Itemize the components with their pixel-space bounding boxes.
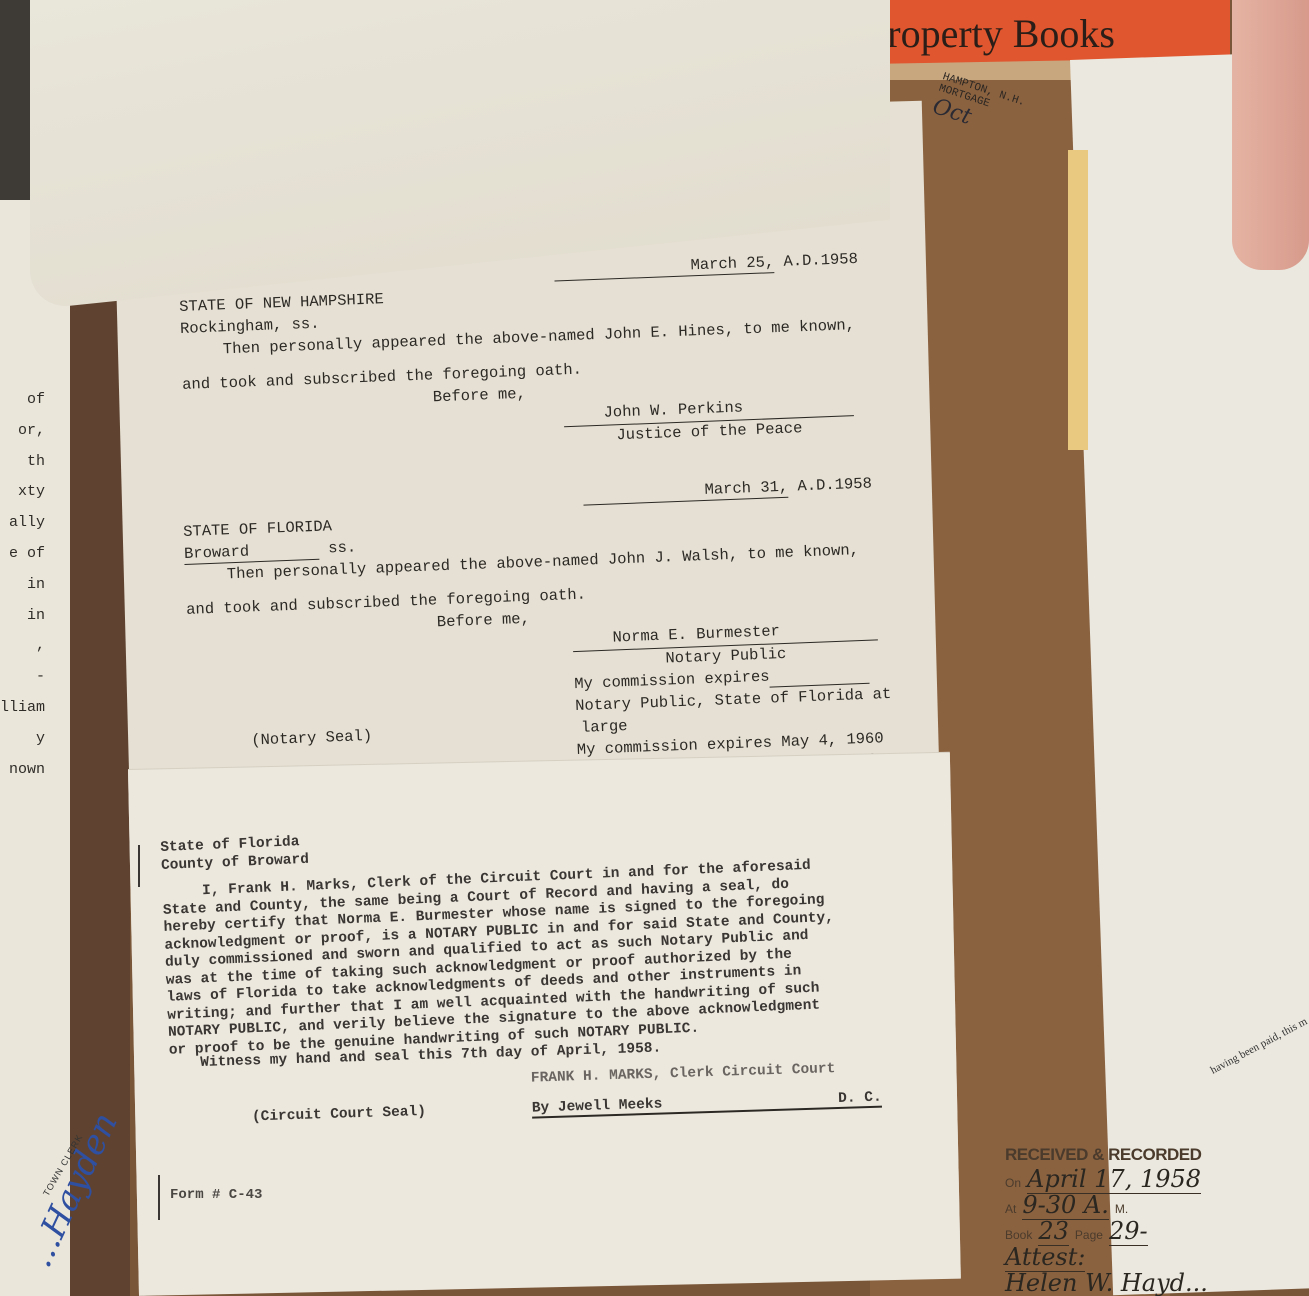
attest-signature-row: Helen W. Hayd... xyxy=(1005,1269,1235,1295)
left-page-fragment: lliam xyxy=(0,693,110,724)
florida-oath: March 31, A.D.1958 STATE OF FLORIDA Brow… xyxy=(182,473,903,799)
left-page-fragment: th xyxy=(0,447,110,478)
left-page-fragment: y xyxy=(0,724,110,755)
left-page-fragment: xty xyxy=(0,477,110,508)
notary-stamp-line: large xyxy=(581,717,628,737)
left-page-text: ofor,thxtyallye ofinin,-lliamynown xyxy=(0,385,110,785)
new-hampshire-oath: March 25, A.D.1958 STATE OF NEW HAMPSHIR… xyxy=(178,249,875,464)
recorded-at-row: At 9-30 A. M. xyxy=(1005,1191,1235,1217)
left-page-fragment: ally xyxy=(0,508,110,539)
cert-dc: D. C. xyxy=(838,1090,882,1107)
book-label: Book xyxy=(1005,1228,1032,1242)
page-label: Page xyxy=(1075,1228,1103,1242)
recorded-on-row: On April 17, 1958 xyxy=(1005,1165,1235,1191)
on-value: April 17, 1958 xyxy=(1027,1165,1201,1194)
at-value: 9-30 A. xyxy=(1022,1191,1109,1220)
left-page-fragment: in xyxy=(0,601,110,632)
received-recorded-stamp: RECEIVED & RECORDED On April 17, 1958 At… xyxy=(1005,1145,1235,1295)
page-value: 29- xyxy=(1109,1217,1148,1246)
left-page-fragment: or, xyxy=(0,416,110,447)
fl-year: A.D.1958 xyxy=(797,475,872,496)
attest-row: Attest: xyxy=(1005,1243,1235,1269)
cert-body: I, Frank H. Marks, Clerk of the Circuit … xyxy=(162,854,909,1060)
hand xyxy=(1232,0,1309,270)
attest-label: Attest: xyxy=(1005,1243,1085,1272)
left-page-fragment: , xyxy=(0,631,110,662)
fl-county-suffix: ss. xyxy=(328,538,357,557)
right-document-fold xyxy=(1068,150,1088,450)
left-page-fragment: e of xyxy=(0,539,110,570)
stamp-title: RECEIVED & RECORDED xyxy=(1005,1145,1235,1165)
town-clerk-signature-area: ...Hayden TOWN CLERK xyxy=(0,1100,110,1280)
cert-by: By Jewell Meeks xyxy=(532,1097,663,1117)
nh-year: A.D.1958 xyxy=(783,250,858,271)
left-page-fragment: in xyxy=(0,570,110,601)
left-page-fragment: of xyxy=(0,385,110,416)
left-page-fragment: nown xyxy=(0,755,110,786)
margin-mark xyxy=(158,1175,160,1220)
margin-mark xyxy=(138,845,140,887)
book-value: 23 xyxy=(1038,1217,1069,1246)
at-label: At xyxy=(1005,1202,1016,1216)
recorded-book-row: Book 23 Page 29- xyxy=(1005,1217,1235,1243)
on-label: On xyxy=(1005,1176,1021,1190)
town-clerk-signature: ...Hayden xyxy=(20,1107,126,1274)
attest-signature: Helen W. Hayd... xyxy=(1005,1269,1208,1296)
left-page-fragment: - xyxy=(0,662,110,693)
form-number: Form # C-43 xyxy=(170,1187,262,1203)
at-suffix: M. xyxy=(1115,1202,1128,1216)
booklet-title: Property Books xyxy=(865,10,1115,57)
clerk-certificate: State of Florida County of Broward I, Fr… xyxy=(160,809,909,1060)
